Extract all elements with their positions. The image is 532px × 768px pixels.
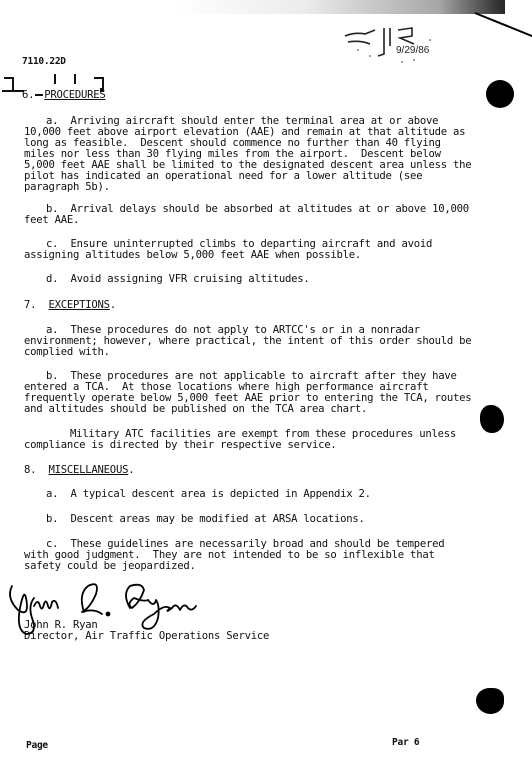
- section-title: MISCELLANEOUS: [49, 464, 129, 476]
- section-number: 7.: [24, 299, 36, 311]
- punch-hole: [480, 405, 504, 433]
- signer-title: Director, Air Traffic Operations Service: [24, 630, 269, 642]
- paragraph-line: paragraph 5b).: [24, 181, 110, 193]
- paragraph-label: d.: [46, 273, 58, 285]
- paragraph-line: complied with.: [24, 346, 110, 358]
- section-number: 6.: [22, 89, 34, 101]
- stamp-date: 9/29/86: [396, 45, 429, 56]
- paragraph-line: Avoid assigning VFR cruising altitudes.: [71, 273, 310, 285]
- section-title: PROCEDURES: [44, 89, 105, 101]
- paragraph-line: Descent areas may be modified at ARSA lo…: [71, 513, 365, 525]
- paragraph-line: safety could be jeopardized.: [24, 560, 196, 572]
- document-page: 9/29/86 7110.22D 6.PROCEDURES a. Arrivin…: [0, 0, 532, 768]
- paragraph-line: A typical descent area is depicted in Ap…: [71, 488, 371, 500]
- scan-artifact-band: [175, 0, 505, 14]
- order-number: 7110.22D: [22, 56, 66, 68]
- section-heading-6: 6.PROCEDURES: [22, 89, 106, 101]
- paragraph-8a: a. A typical descent area is depicted in…: [46, 488, 371, 500]
- section-heading-8: 8. MISCELLANEOUS.: [24, 464, 134, 476]
- paragraph-line: compliance is directed by their respecti…: [24, 439, 337, 451]
- section-heading-7: 7. EXCEPTIONS.: [24, 299, 116, 311]
- punch-hole: [476, 688, 504, 714]
- paragraph-8b: b. Descent areas may be modified at ARSA…: [46, 513, 365, 525]
- paragraph-line: feet AAE.: [24, 214, 79, 226]
- paragraph-line: and altitudes should be published on the…: [24, 403, 367, 415]
- paragraph-label: b.: [46, 513, 58, 525]
- paragraph-line: assigning altitudes below 5,000 feet AAE…: [24, 249, 361, 261]
- footer-paragraph-ref: Par 6: [392, 737, 419, 749]
- paragraph-line: Arrival delays should be absorbed at alt…: [71, 203, 469, 215]
- scan-artifact-line: [475, 12, 532, 40]
- footer-page-label: Page: [26, 740, 48, 752]
- punch-hole: [486, 80, 514, 108]
- section-title: EXCEPTIONS: [49, 299, 110, 311]
- paragraph-label: a.: [46, 488, 58, 500]
- section-number: 8.: [24, 464, 36, 476]
